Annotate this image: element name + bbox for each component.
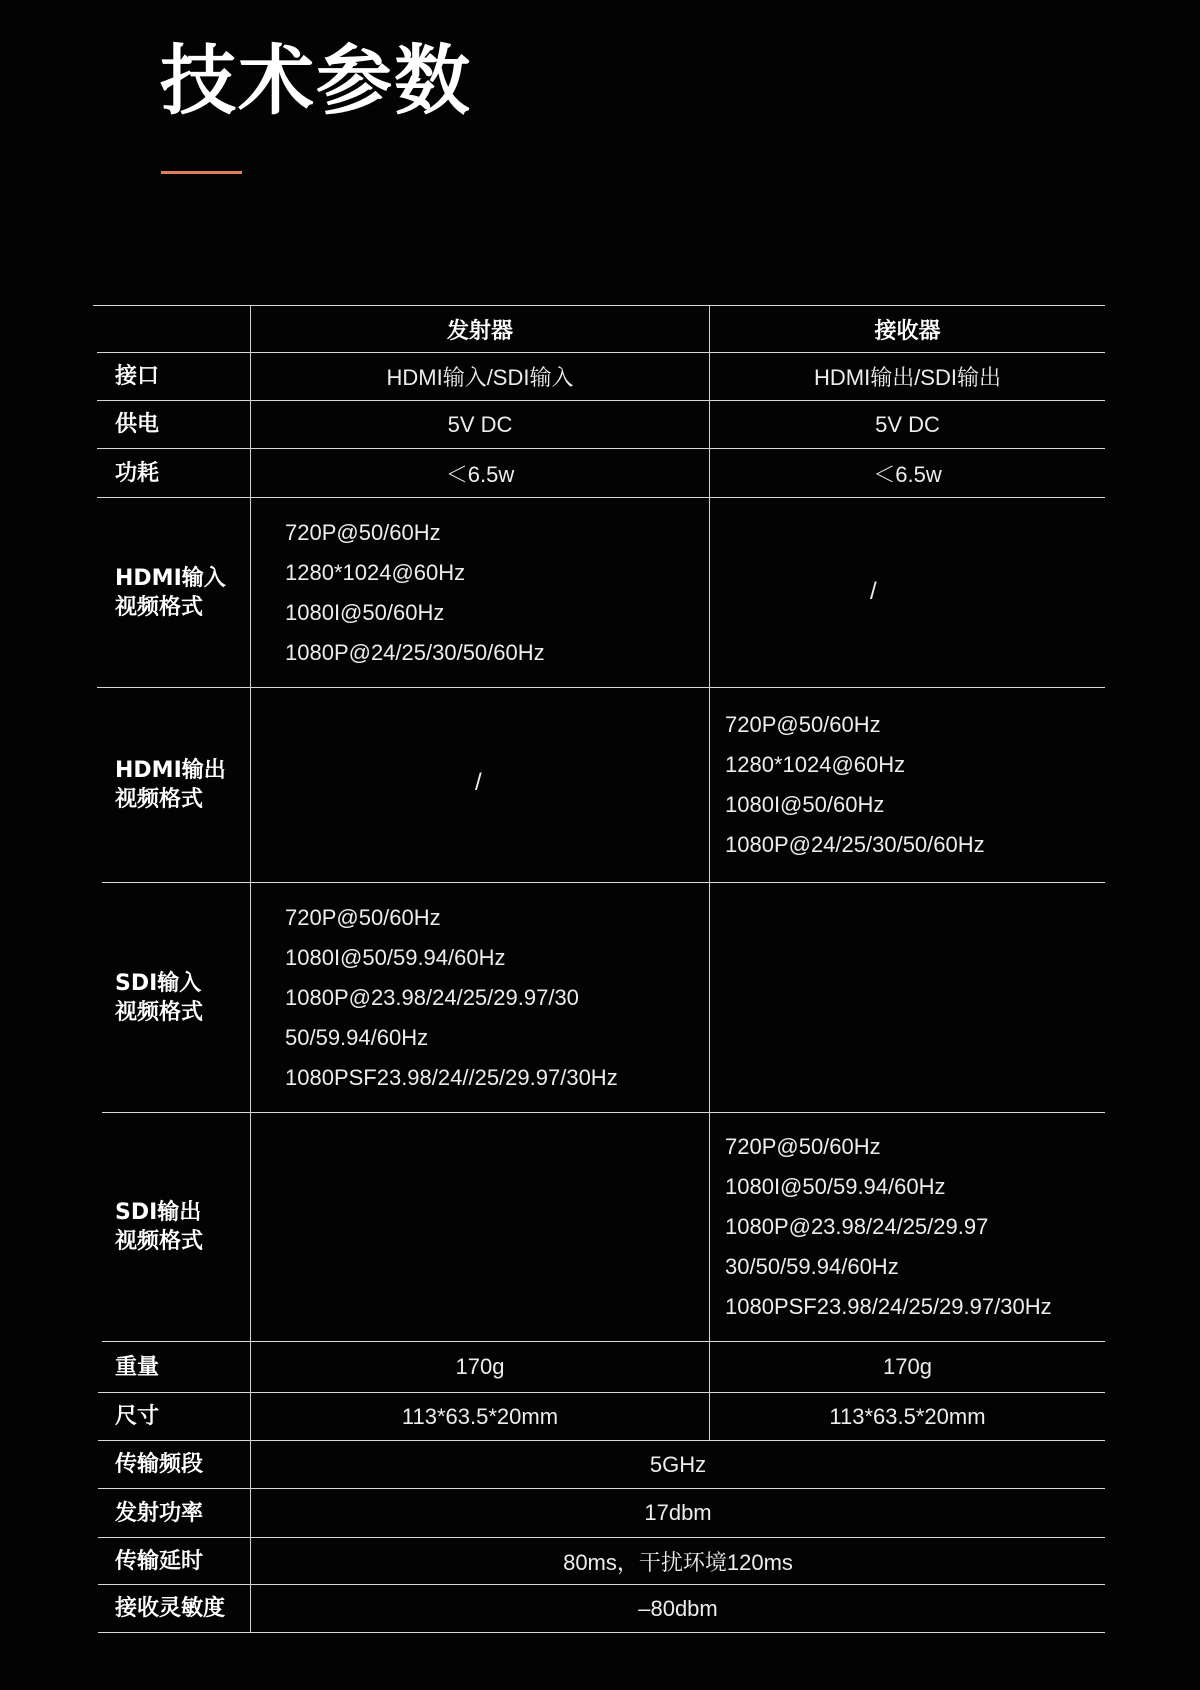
label-line: HDMI输出 (115, 756, 226, 785)
transmitter-hdmi-input-formats: 720P@50/60Hz 1280*1024@60Hz 1080I@50/60H… (285, 498, 709, 687)
receiver-weight: 170g (710, 1342, 1105, 1392)
row-label-weight: 重量 (115, 1342, 159, 1392)
receiver-hdmi-input-na: / (870, 578, 877, 606)
format-item: 720P@50/60Hz (725, 705, 881, 745)
format-item: 1080I@50/59.94/60Hz (725, 1167, 946, 1207)
transmitter-sdi-output-empty (251, 1113, 709, 1341)
format-item: 720P@50/60Hz (285, 513, 441, 553)
label-line: SDI输入 (115, 969, 201, 998)
label-line: 视频格式 (115, 1227, 203, 1256)
receiver-sdi-output-formats: 720P@50/60Hz 1080I@50/59.94/60Hz 1080P@2… (725, 1113, 1105, 1341)
row-label-sdi-input-format: SDI输入 视频格式 (115, 883, 203, 1112)
format-item: 30/50/59.94/60Hz (725, 1247, 899, 1287)
row-label-frequency-band: 传输频段 (115, 1441, 203, 1488)
format-item: 1080P@23.98/24/25/29.97 (725, 1207, 988, 1247)
transmitter-power-supply: 5V DC (251, 401, 709, 448)
row-label-transmit-power: 发射功率 (115, 1489, 203, 1537)
row-label-receive-sensitivity: 接收灵敏度 (115, 1585, 225, 1632)
page-title: 技术参数 (160, 36, 472, 126)
transmitter-sdi-input-formats: 720P@50/60Hz 1080I@50/59.94/60Hz 1080P@2… (285, 883, 709, 1112)
format-item: 1080PSF23.98/24/25/29.97/30Hz (725, 1287, 1052, 1327)
label-line: 视频格式 (115, 593, 203, 622)
transmitter-interface: HDMI输入/SDI输入 (251, 353, 709, 400)
receiver-hdmi-output-formats: 720P@50/60Hz 1280*1024@60Hz 1080I@50/60H… (725, 688, 1105, 882)
receiver-sdi-input-empty (710, 883, 1105, 1112)
format-item: 1080I@50/60Hz (725, 785, 884, 825)
transmitter-dimensions: 113*63.5*20mm (251, 1393, 709, 1440)
format-item: 720P@50/60Hz (285, 898, 441, 938)
format-item: 1080P@23.98/24/25/29.97/30 (285, 978, 579, 1018)
row-label-hdmi-output-format: HDMI输出 视频格式 (115, 688, 226, 882)
receiver-power-supply: 5V DC (710, 401, 1105, 448)
format-item: 1280*1024@60Hz (285, 553, 465, 593)
column-header-transmitter: 发射器 (251, 306, 709, 352)
label-line: 视频格式 (115, 998, 203, 1027)
latency-value: 80ms，干扰环境120ms (251, 1538, 1105, 1584)
label-line: 视频格式 (115, 785, 203, 814)
format-item: 1280*1024@60Hz (725, 745, 905, 785)
transmitter-weight: 170g (251, 1342, 709, 1392)
format-item: 720P@50/60Hz (725, 1127, 881, 1167)
row-label-latency: 传输延时 (115, 1538, 203, 1584)
label-line: HDMI输入 (115, 564, 226, 593)
frequency-band-value: 5GHz (251, 1441, 1105, 1488)
row-label-hdmi-input-format: HDMI输入 视频格式 (115, 498, 226, 687)
column-header-receiver: 接收器 (710, 306, 1105, 352)
receiver-power-consumption: ＜6.5w (710, 449, 1105, 497)
row-label-power-supply: 供电 (115, 401, 159, 448)
transmitter-power-consumption: ＜6.5w (251, 449, 709, 497)
row-label-sdi-output-format: SDI输出 视频格式 (115, 1113, 203, 1341)
title-accent-underline (161, 171, 242, 174)
transmitter-hdmi-output-na: / (475, 769, 482, 797)
transmit-power-value: 17dbm (251, 1489, 1105, 1537)
format-item: 1080I@50/59.94/60Hz (285, 938, 506, 978)
format-item: 1080PSF23.98/24//25/29.97/30Hz (285, 1058, 618, 1098)
receiver-interface: HDMI输出/SDI输出 (710, 353, 1105, 400)
table-border-bottom (98, 1632, 1105, 1633)
receiver-dimensions: 113*63.5*20mm (710, 1393, 1105, 1440)
receive-sensitivity-value: –80dbm (251, 1585, 1105, 1632)
format-item: 1080I@50/60Hz (285, 593, 444, 633)
format-item: 1080P@24/25/30/50/60Hz (725, 825, 985, 865)
row-label-dimensions: 尺寸 (115, 1393, 159, 1440)
row-label-interface: 接口 (115, 353, 159, 400)
row-label-power-consumption: 功耗 (115, 449, 159, 497)
format-item: 50/59.94/60Hz (285, 1018, 428, 1058)
label-line: SDI输出 (115, 1198, 201, 1227)
format-item: 1080P@24/25/30/50/60Hz (285, 633, 545, 673)
